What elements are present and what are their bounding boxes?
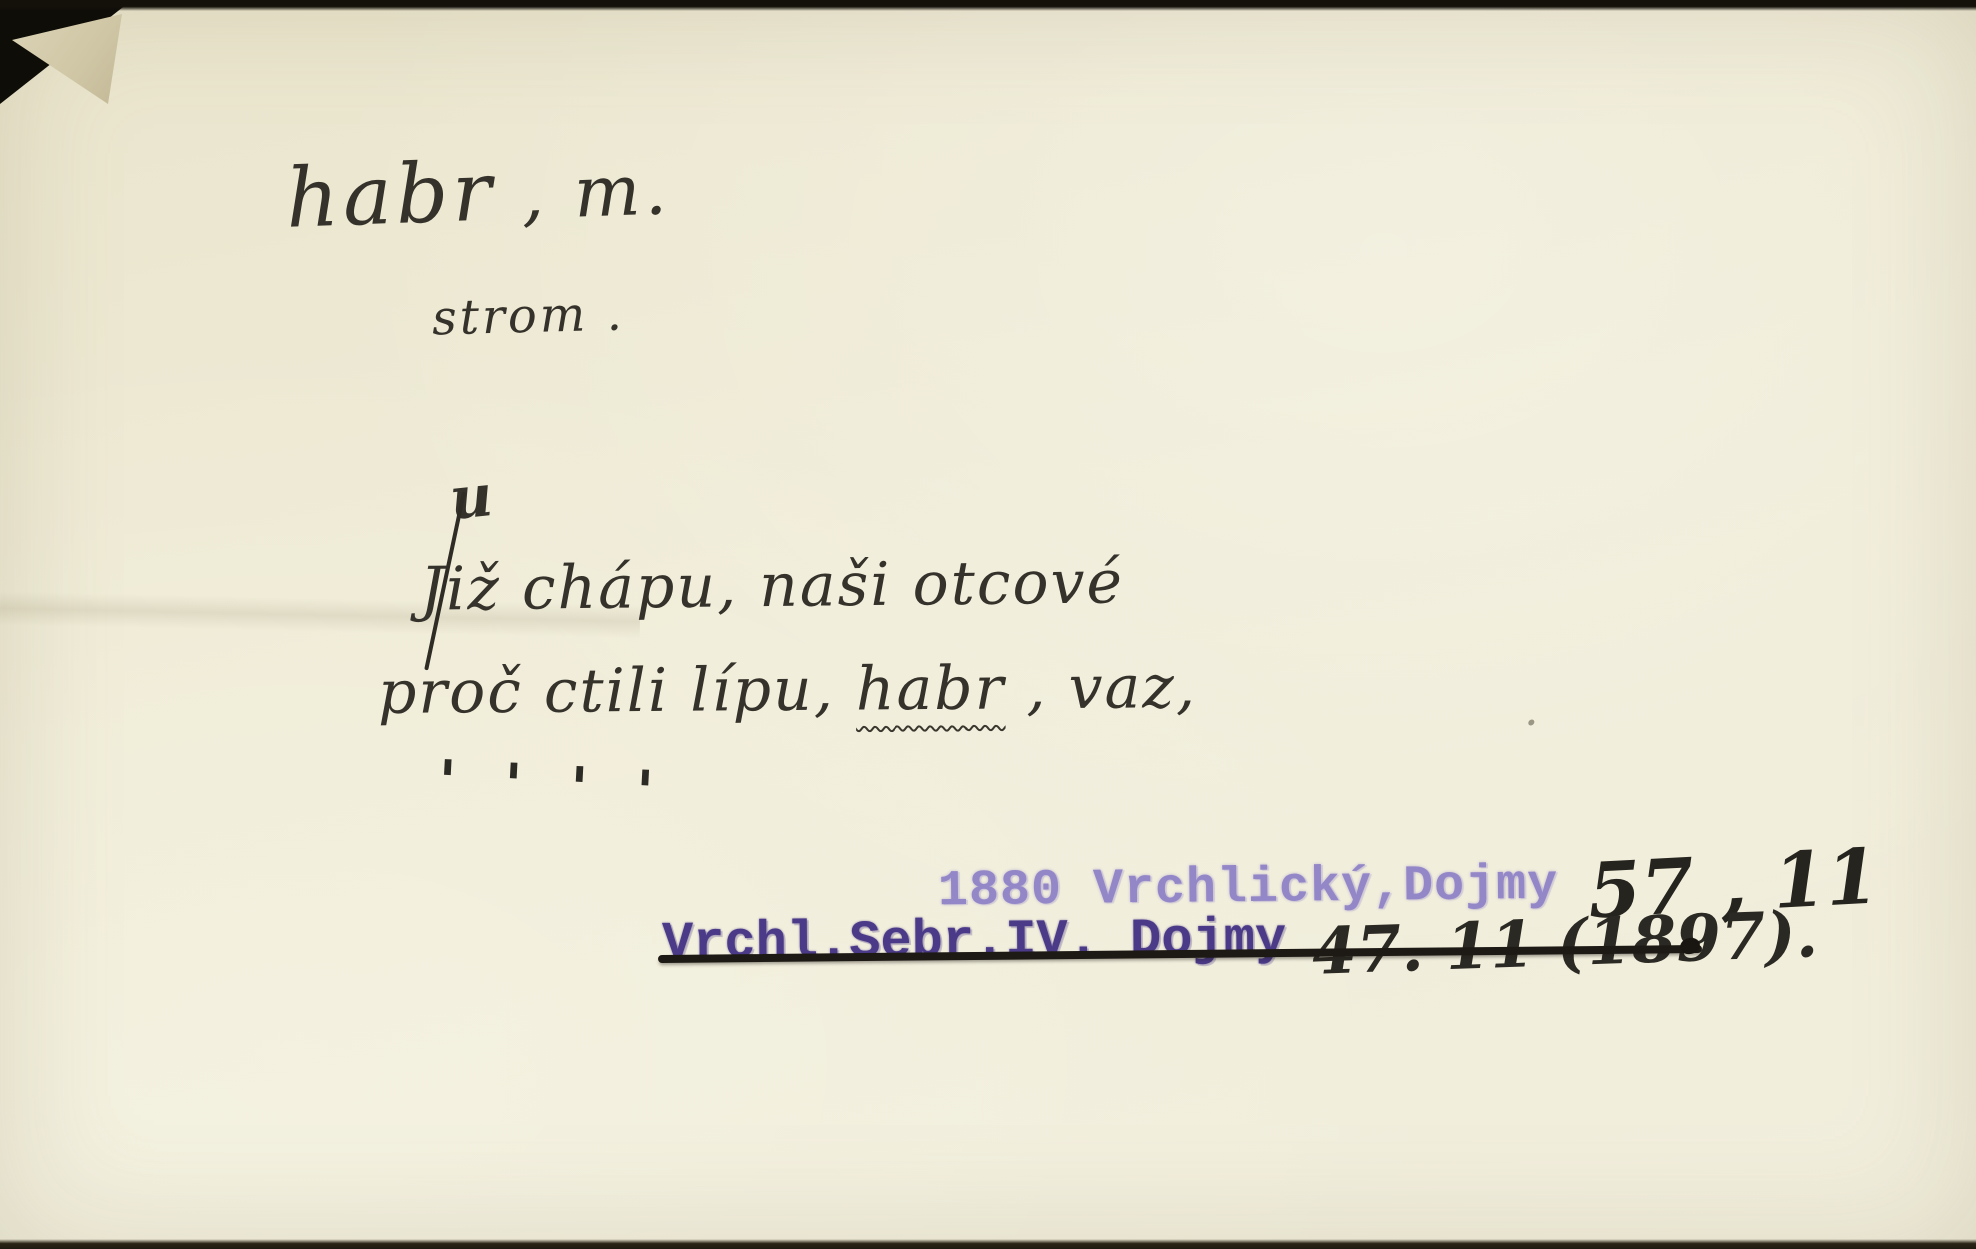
grammar-label: , m. [520,148,672,235]
quote-ellipsis-marks: ' ' ' ' [437,752,669,822]
scanned-excerpt-card: habr, m. strom . u Již chápu, naši otcov… [0,0,1976,1249]
stray-period: . [1524,686,1539,732]
scan-edge-bottom [0,1239,1976,1249]
page-ref-old-crossed: 47. 11 (1897). [1311,903,1819,985]
quote-line-1: Již chápu, naši otcové [420,552,1125,619]
correction-letter: u [447,466,495,528]
quote-line-2: proč ctili lípu, habr , vaz, [378,657,1197,723]
headword-line: habr, m. [285,145,672,240]
quote-keyword-underlined: habr [856,653,1006,724]
quote-line2-before: proč ctili lípu, [378,655,856,728]
scan-edge-top [0,0,1976,11]
headword: habr [284,144,497,246]
definition-text: strom . [431,289,625,342]
quote-line2-after: , vaz, [1005,652,1197,723]
